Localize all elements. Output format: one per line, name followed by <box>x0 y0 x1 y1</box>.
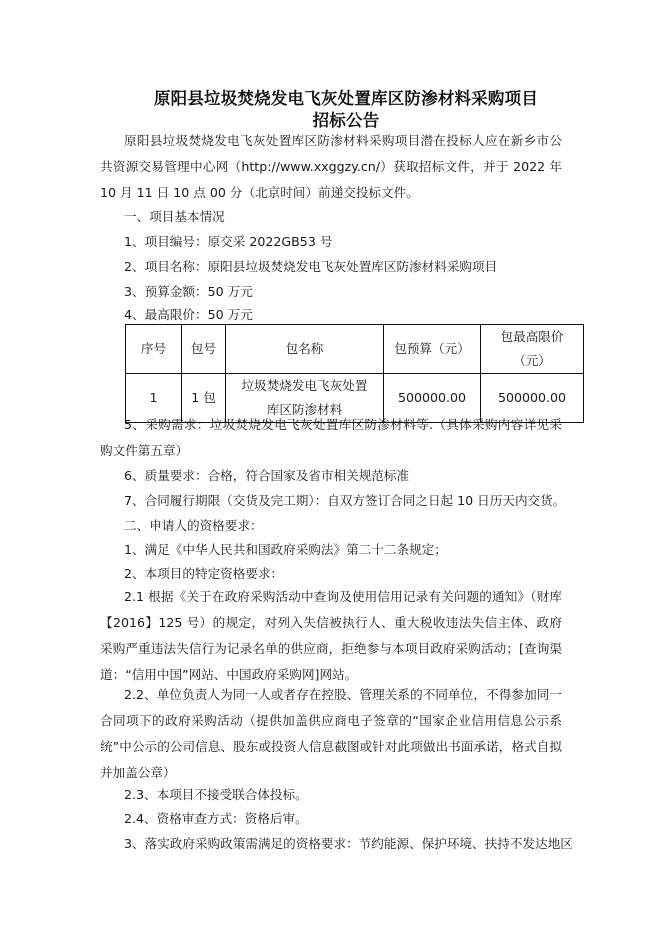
header-cell: 包最高限价（元） <box>481 325 584 374</box>
table-header-row: 序号 包号 包名称 包预算（元） 包最高限价（元） <box>126 325 584 374</box>
req-law: 1、满足《中华人民共和国政府采购法》第二十二条规定； <box>124 537 447 563</box>
intro-paragraph: 原阳县垃圾焚烧发电飞灰处置库区防渗材料采购项目潜在投标人应在新乡市公共资源交易管… <box>100 128 562 206</box>
req-credit-record: 2.1 根据《关于在政府采购活动中查询及使用信用记录有关问题的通知》（财库【20… <box>100 584 562 688</box>
header-cell: 序号 <box>126 325 182 374</box>
header-cell: 包号 <box>182 325 226 374</box>
header-cell: 包预算（元） <box>384 325 481 374</box>
item-contract-period: 7、合同履行期限（交货及完工期）：自双方签订合同之日起 10 日历天内交货。 <box>124 488 565 514</box>
req-no-consortium: 2.3、本项目不接受联合体投标。 <box>124 782 308 808</box>
section1-heading: 一、项目基本情况 <box>124 204 225 230</box>
item-project-number: 1、项目编号：原交采 2022GB53 号 <box>124 229 332 255</box>
item-procurement-requirement: 5、采购需求：垃圾焚烧发电飞灰处置库区防渗材料等.（具体采购内容详见采购文件第五… <box>100 412 562 464</box>
req-policy: 3、落实政府采购政策需满足的资格要求：节约能源、保护环境、扶持不发达地区 <box>124 831 573 857</box>
req-related-units: 2.2、单位负责人为同一人或者存在控股、管理关系的不同单位，不得参加同一合同项下… <box>100 682 562 786</box>
package-table: 序号 包号 包名称 包预算（元） 包最高限价（元） 1 1 包 垃圾焚烧发电飞灰… <box>125 324 584 423</box>
header-cell: 包名称 <box>226 325 384 374</box>
document-title: 原阳县垃圾焚烧发电飞灰处置库区防渗材料采购项目 <box>0 85 662 109</box>
section2-heading: 二、申请人的资格要求： <box>124 513 263 539</box>
item-quality: 6、质量要求：合格，符合国家及省市相关规范标准 <box>124 463 409 489</box>
req-qualification-review: 2.4、资格审查方式：资格后审。 <box>124 806 308 832</box>
item-project-name: 2、项目名称：原阳县垃圾焚烧发电飞灰处置库区防渗材料采购项目 <box>124 254 497 280</box>
